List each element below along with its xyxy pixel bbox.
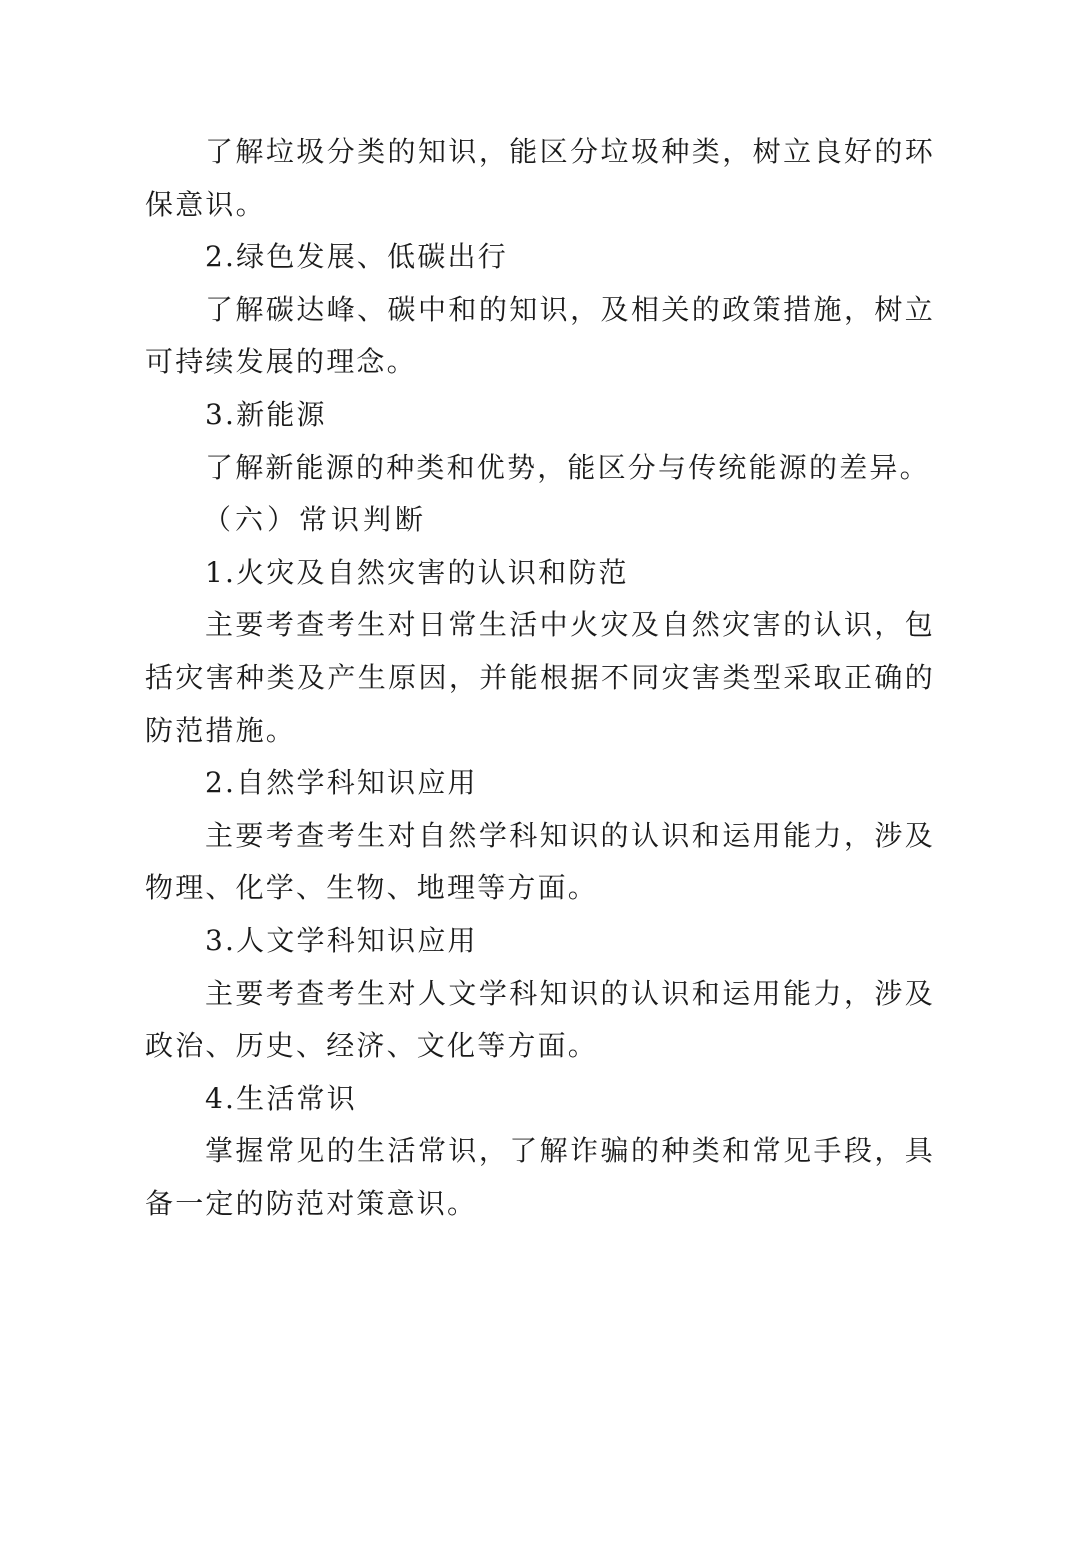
paragraph-waste-sorting: 了解垃圾分类的知识，能区分垃圾种类，树立良好的环保意识。 [145, 126, 935, 231]
subheading-new-energy: 3.新能源 [145, 389, 935, 442]
subheading-green-development: 2.绿色发展、低碳出行 [145, 231, 935, 284]
paragraph-life-knowledge: 掌握常见的生活常识，了解诈骗的种类和常见手段，具备一定的防范对策意识。 [145, 1125, 935, 1230]
subheading-disaster-prevention: 1.火灾及自然灾害的认识和防范 [145, 547, 935, 600]
paragraph-natural-science: 主要考查考生对自然学科知识的认识和运用能力，涉及物理、化学、生物、地理等方面。 [145, 810, 935, 915]
section-heading-common-sense: （六）常识判断 [145, 494, 935, 547]
paragraph-disaster-prevention: 主要考查考生对日常生活中火灾及自然灾害的认识，包括灾害种类及产生原因，并能根据不… [145, 599, 935, 757]
paragraph-new-energy: 了解新能源的种类和优势，能区分与传统能源的差异。 [145, 442, 935, 495]
document-page: 了解垃圾分类的知识，能区分垃圾种类，树立良好的环保意识。 2.绿色发展、低碳出行… [145, 126, 935, 1230]
paragraph-carbon-neutral: 了解碳达峰、碳中和的知识，及相关的政策措施，树立可持续发展的理念。 [145, 284, 935, 389]
paragraph-humanities: 主要考查考生对人文学科知识的认识和运用能力，涉及政治、历史、经济、文化等方面。 [145, 968, 935, 1073]
subheading-humanities: 3.人文学科知识应用 [145, 915, 935, 968]
subheading-life-knowledge: 4.生活常识 [145, 1073, 935, 1126]
subheading-natural-science: 2.自然学科知识应用 [145, 757, 935, 810]
